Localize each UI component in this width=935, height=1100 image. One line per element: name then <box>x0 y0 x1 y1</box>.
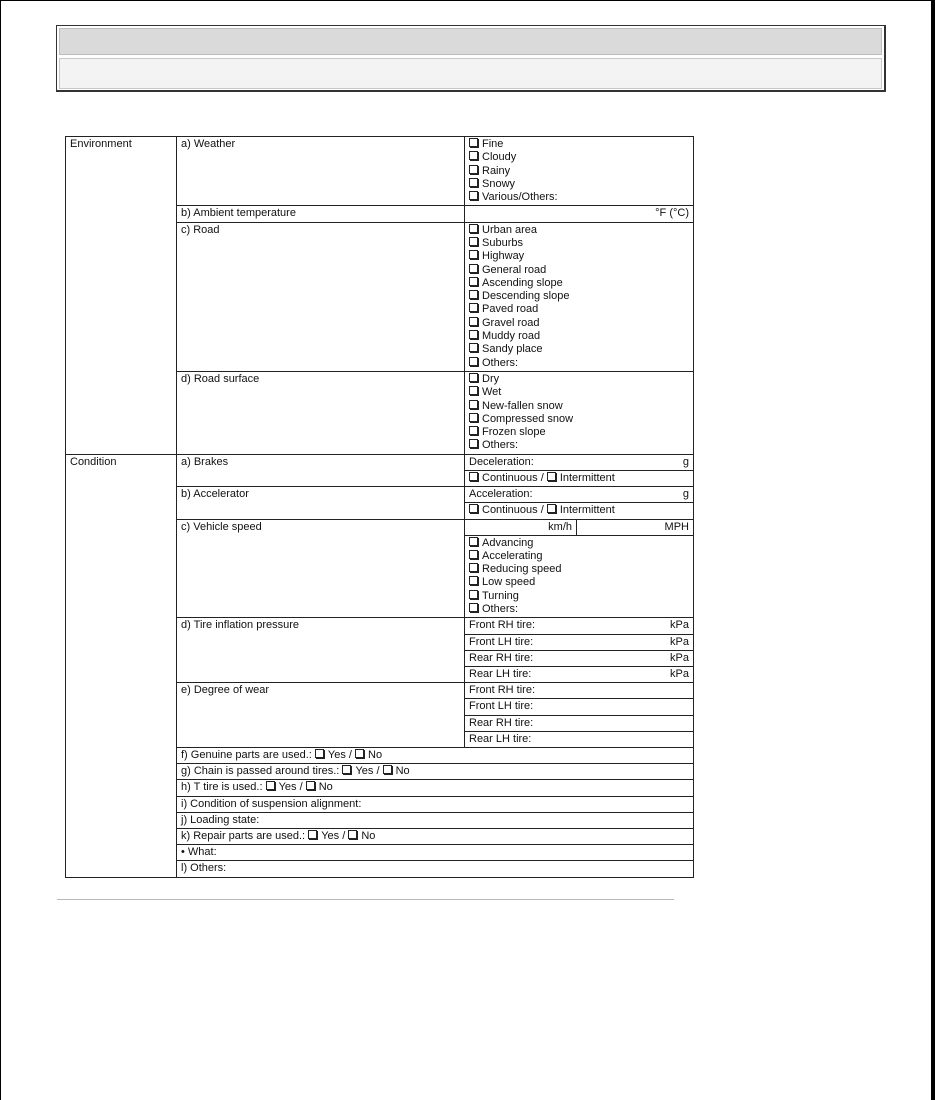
pressure-unit: kPa <box>670 619 689 632</box>
condition-extra-row[interactable]: • What: <box>177 845 694 861</box>
option-label: Accelerating <box>482 550 543 562</box>
degree-of-wear-field[interactable]: Front LH tire: <box>465 699 694 715</box>
item-label: c) Road <box>181 224 220 236</box>
pressure-unit: kPa <box>670 652 689 665</box>
checkbox-icon[interactable] <box>469 504 478 513</box>
item-label: a) Weather <box>181 138 235 150</box>
condition-extra-row[interactable]: f) Genuine parts are used.: Yes / No <box>177 747 694 763</box>
road-option[interactable]: Muddy road <box>469 330 689 343</box>
road-surface-options-cell: DryWetNew-fallen snowCompressed snowFroz… <box>465 371 694 454</box>
separator: / <box>538 504 547 516</box>
option-label: Turning <box>482 590 519 602</box>
condition-extra-row[interactable]: i) Condition of suspension alignment: <box>177 796 694 812</box>
checkbox-icon[interactable] <box>469 151 478 160</box>
checkbox-icon[interactable] <box>469 590 478 599</box>
row-label: l) Others: <box>181 862 226 874</box>
separator: / <box>339 830 348 842</box>
item-vehicle-speed: c) Vehicle speed <box>177 519 465 618</box>
checkbox-icon[interactable] <box>469 237 478 246</box>
item-tire-pressure: d) Tire inflation pressure <box>177 618 465 683</box>
mph-unit: MPH <box>665 521 689 533</box>
row-label: i) Condition of suspension alignment: <box>181 798 361 810</box>
checkbox-icon[interactable] <box>306 781 315 790</box>
road-surface-option[interactable]: Frozen slope <box>469 426 689 439</box>
option-label: Compressed snow <box>482 413 573 425</box>
kmh-unit: km/h <box>548 521 572 533</box>
measure-label: Acceleration: <box>469 488 533 501</box>
row-label: g) Chain is passed around tires.: <box>181 765 339 777</box>
tire-pressure-field[interactable]: Rear LH tire:kPa <box>465 666 694 682</box>
checkbox-icon[interactable] <box>469 224 478 233</box>
tire-label: Front LH tire: <box>469 636 533 649</box>
tire-label: Front RH tire: <box>469 684 535 697</box>
checkbox-icon[interactable] <box>469 178 478 187</box>
road-option[interactable]: Highway <box>469 250 689 263</box>
option-label: Others: <box>482 603 518 615</box>
checkbox-icon[interactable] <box>469 343 478 352</box>
tire-label: Front RH tire: <box>469 619 535 632</box>
option-label: Yes <box>355 765 373 777</box>
road-option[interactable]: Suburbs <box>469 237 689 250</box>
option-label: Cloudy <box>482 151 516 163</box>
road-surface-option[interactable]: Others: <box>469 439 689 452</box>
category-label: Environment <box>70 138 132 150</box>
option-label: New-fallen snow <box>482 400 563 412</box>
checkbox-icon[interactable] <box>469 400 478 409</box>
yes-option[interactable]: Yes <box>342 765 373 777</box>
item-label: d) Road surface <box>181 373 259 385</box>
checkbox-icon[interactable] <box>469 426 478 435</box>
condition-extra-row[interactable]: g) Chain is passed around tires.: Yes / … <box>177 764 694 780</box>
measure-unit: g <box>683 488 689 501</box>
checkbox-icon[interactable] <box>469 250 478 259</box>
vehicle-speed-options: AdvancingAcceleratingReducing speedLow s… <box>469 537 689 617</box>
no-option[interactable]: No <box>355 749 382 761</box>
item-road: c) Road <box>177 222 465 371</box>
option-label: No <box>319 781 333 793</box>
road-option[interactable]: General road <box>469 264 689 277</box>
tire-label: Front LH tire: <box>469 700 533 713</box>
option-label: Low speed <box>482 576 535 588</box>
item-ambient-temperature: b) Ambient temperature <box>177 206 465 222</box>
separator: / <box>297 781 306 793</box>
option-label: Wet <box>482 386 501 398</box>
checkbox-icon[interactable] <box>266 781 275 790</box>
tire-label: Rear LH tire: <box>469 668 531 681</box>
brakes-mode-cell: Continuous / Intermittent <box>465 470 694 486</box>
item-weather: a) Weather <box>177 137 465 206</box>
temperature-unit: °F (°C) <box>655 207 689 219</box>
checkbox-icon[interactable] <box>547 472 556 481</box>
weather-option[interactable]: Rainy <box>469 165 689 178</box>
option-label: No <box>361 830 375 842</box>
accelerator-measure-field[interactable]: Acceleration:g <box>465 487 694 503</box>
item-brakes: a) Brakes <box>177 454 465 486</box>
item-label: a) Brakes <box>181 456 228 468</box>
speed-mph-field[interactable]: MPH <box>577 520 693 535</box>
option-label: Intermittent <box>560 504 615 516</box>
road-surface-option[interactable]: Compressed snow <box>469 413 689 426</box>
checkbox-icon[interactable] <box>469 603 478 612</box>
pressure-unit: kPa <box>670 668 689 681</box>
item-road-surface: d) Road surface <box>177 371 465 454</box>
intermittent-option[interactable]: Intermittent <box>547 472 615 484</box>
yes-option[interactable]: Yes <box>266 781 297 793</box>
checkbox-icon[interactable] <box>342 765 351 774</box>
degree-of-wear-field[interactable]: Rear RH tire: <box>465 715 694 731</box>
category-label: Condition <box>70 456 116 468</box>
item-label: b) Ambient temperature <box>181 207 296 219</box>
option-label: Others: <box>482 357 518 369</box>
option-label: Yes <box>279 781 297 793</box>
road-option[interactable]: Urban area <box>469 224 689 237</box>
checkbox-icon[interactable] <box>469 357 478 366</box>
tire-pressure-field[interactable]: Front LH tire:kPa <box>465 634 694 650</box>
speed-kmh-field[interactable]: km/h <box>465 520 577 535</box>
option-label: Sandy place <box>482 343 543 355</box>
weather-options: FineCloudyRainySnowyVarious/Others: <box>469 138 689 204</box>
condition-extra-row[interactable]: h) T tire is used.: Yes / No <box>177 780 694 796</box>
option-label: No <box>368 749 382 761</box>
option-label: Fine <box>482 138 503 150</box>
checkbox-icon[interactable] <box>315 749 324 758</box>
checkbox-icon[interactable] <box>469 330 478 339</box>
checkbox-icon[interactable] <box>547 504 556 513</box>
continuous-option[interactable]: Continuous <box>469 472 538 484</box>
option-label: Rainy <box>482 165 510 177</box>
item-accelerator: b) Accelerator <box>177 487 465 519</box>
measure-label: Deceleration: <box>469 456 534 469</box>
row-label: • What: <box>181 846 217 858</box>
yes-option[interactable]: Yes <box>308 830 339 842</box>
degree-of-wear-field[interactable]: Front RH tire: <box>465 683 694 699</box>
checkbox-icon[interactable] <box>469 303 478 312</box>
road-option[interactable]: Others: <box>469 357 689 370</box>
option-label: General road <box>482 264 546 276</box>
vehicle-speed-option[interactable]: Low speed <box>469 576 689 589</box>
checkbox-icon[interactable] <box>469 290 478 299</box>
item-label: c) Vehicle speed <box>181 521 262 533</box>
diagnosis-worksheet-table: Environmenta) WeatherFineCloudyRainySnow… <box>65 136 694 878</box>
no-option[interactable]: No <box>383 765 410 777</box>
option-label: Paved road <box>482 303 538 315</box>
item-label: e) Degree of wear <box>181 684 269 696</box>
option-label: Gravel road <box>482 317 539 329</box>
vehicle-speed-options-cell: AdvancingAcceleratingReducing speedLow s… <box>465 535 694 618</box>
weather-option[interactable]: Snowy <box>469 178 689 191</box>
option-label: Muddy road <box>482 330 540 342</box>
row-label: h) T tire is used.: <box>181 781 263 793</box>
category-environment: Environment <box>66 137 177 455</box>
checkbox-icon[interactable] <box>469 563 478 572</box>
row-label: j) Loading state: <box>181 814 259 826</box>
option-label: Yes <box>321 830 339 842</box>
category-condition: Condition <box>66 454 177 877</box>
header-title-bar <box>59 28 882 55</box>
header-subtitle-bar <box>59 58 882 89</box>
option-label: Descending slope <box>482 290 569 302</box>
checkbox-icon[interactable] <box>469 386 478 395</box>
vehicle-speed-option[interactable]: Turning <box>469 590 689 603</box>
measure-unit: g <box>683 456 689 469</box>
tire-pressure-field[interactable]: Rear RH tire:kPa <box>465 650 694 666</box>
row-label: k) Repair parts are used.: <box>181 830 305 842</box>
degree-of-wear-field[interactable]: Rear LH tire: <box>465 731 694 747</box>
no-option[interactable]: No <box>306 781 333 793</box>
road-surface-option[interactable]: Dry <box>469 373 689 386</box>
checkbox-icon[interactable] <box>469 138 478 147</box>
item-label: b) Accelerator <box>181 488 249 500</box>
checkbox-icon[interactable] <box>469 576 478 585</box>
weather-option[interactable]: Cloudy <box>469 151 689 164</box>
road-option[interactable]: Gravel road <box>469 317 689 330</box>
option-label: Highway <box>482 250 524 262</box>
checkbox-icon[interactable] <box>469 537 478 546</box>
yes-option[interactable]: Yes <box>315 749 346 761</box>
option-label: Continuous <box>482 472 538 484</box>
speed-units-cell: km/hMPH <box>465 519 694 535</box>
checkbox-icon[interactable] <box>469 550 478 559</box>
road-options: Urban areaSuburbsHighwayGeneral roadAsce… <box>469 224 689 370</box>
road-option[interactable]: Sandy place <box>469 343 689 356</box>
weather-option[interactable]: Fine <box>469 138 689 151</box>
checkbox-icon[interactable] <box>469 165 478 174</box>
temperature-field[interactable]: °F (°C) <box>465 206 694 222</box>
option-label: Dry <box>482 373 499 385</box>
page-header <box>56 25 886 92</box>
road-option[interactable]: Paved road <box>469 303 689 316</box>
brakes-measure-field[interactable]: Deceleration:g <box>465 454 694 470</box>
intermittent-option[interactable]: Intermittent <box>547 504 615 516</box>
no-option[interactable]: No <box>348 830 375 842</box>
option-label: Reducing speed <box>482 563 562 575</box>
continuous-option[interactable]: Continuous <box>469 504 538 516</box>
road-surface-option[interactable]: New-fallen snow <box>469 400 689 413</box>
separator: / <box>346 749 355 761</box>
weather-options-cell: FineCloudyRainySnowyVarious/Others: <box>465 137 694 206</box>
footer-divider <box>57 899 674 900</box>
checkbox-icon[interactable] <box>469 277 478 286</box>
item-degree-of-wear: e) Degree of wear <box>177 683 465 748</box>
vehicle-speed-option[interactable]: Others: <box>469 603 689 616</box>
option-label: Continuous <box>482 504 538 516</box>
tire-label: Rear LH tire: <box>469 733 531 746</box>
checkbox-icon[interactable] <box>355 749 364 758</box>
checkbox-icon[interactable] <box>469 439 478 448</box>
vehicle-speed-option[interactable]: Advancing <box>469 537 689 550</box>
pressure-unit: kPa <box>670 636 689 649</box>
checkbox-icon[interactable] <box>469 373 478 382</box>
checkbox-icon[interactable] <box>308 830 317 839</box>
road-surface-options: DryWetNew-fallen snowCompressed snowFroz… <box>469 373 689 453</box>
condition-extra-row[interactable]: j) Loading state: <box>177 812 694 828</box>
tire-pressure-field[interactable]: Front RH tire:kPa <box>465 618 694 634</box>
checkbox-icon[interactable] <box>469 317 478 326</box>
road-surface-option[interactable]: Wet <box>469 386 689 399</box>
option-label: Urban area <box>482 224 537 236</box>
separator: / <box>373 765 382 777</box>
option-label: Frozen slope <box>482 426 546 438</box>
option-label: Advancing <box>482 537 533 549</box>
separator: / <box>538 472 547 484</box>
condition-extra-row[interactable]: l) Others: <box>177 861 694 877</box>
option-label: Suburbs <box>482 237 523 249</box>
checkbox-icon[interactable] <box>469 264 478 273</box>
option-label: Various/Others: <box>482 191 558 203</box>
tire-label: Rear RH tire: <box>469 717 533 730</box>
option-label: Intermittent <box>560 472 615 484</box>
checkbox-icon[interactable] <box>469 472 478 481</box>
weather-option[interactable]: Various/Others: <box>469 191 689 204</box>
option-label: Others: <box>482 439 518 451</box>
vehicle-speed-option[interactable]: Reducing speed <box>469 563 689 576</box>
option-label: Ascending slope <box>482 277 563 289</box>
option-label: Snowy <box>482 178 515 190</box>
tire-label: Rear RH tire: <box>469 652 533 665</box>
road-option[interactable]: Descending slope <box>469 290 689 303</box>
option-label: No <box>396 765 410 777</box>
checkbox-icon[interactable] <box>383 765 392 774</box>
accelerator-mode-cell: Continuous / Intermittent <box>465 503 694 519</box>
checkbox-icon[interactable] <box>469 413 478 422</box>
row-label: f) Genuine parts are used.: <box>181 749 312 761</box>
checkbox-icon[interactable] <box>469 191 478 200</box>
vehicle-speed-option[interactable]: Accelerating <box>469 550 689 563</box>
road-options-cell: Urban areaSuburbsHighwayGeneral roadAsce… <box>465 222 694 371</box>
condition-extra-row[interactable]: k) Repair parts are used.: Yes / No <box>177 828 694 844</box>
option-label: Yes <box>328 749 346 761</box>
item-label: d) Tire inflation pressure <box>181 619 299 631</box>
checkbox-icon[interactable] <box>348 830 357 839</box>
road-option[interactable]: Ascending slope <box>469 277 689 290</box>
